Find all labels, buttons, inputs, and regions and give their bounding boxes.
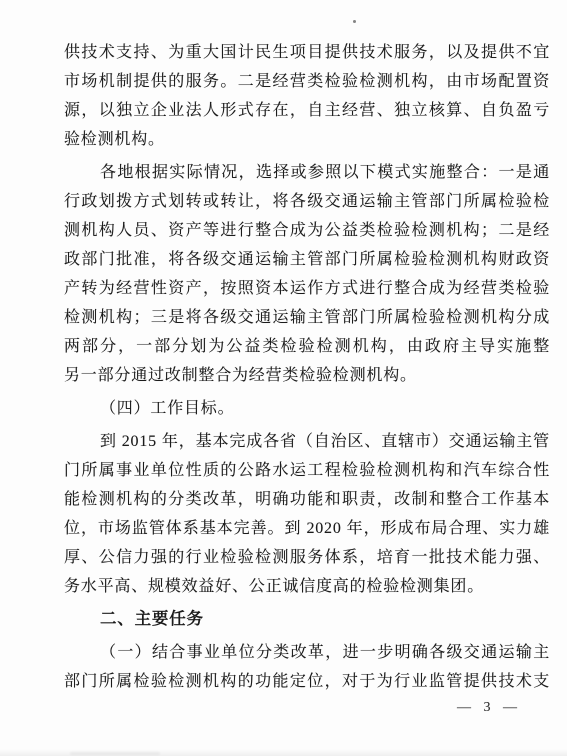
text-line: 市场机制提供的服务。二是经营类检验检测机构，由市场配置资 — [64, 67, 550, 96]
text-line: 产转为经营性资产，按照资本运作方式进行整合成为经营类检验 — [64, 274, 550, 303]
text-line: 行政划拨方式划转或转让，将各级交通运输主管部门所属检验检 — [64, 187, 550, 216]
page-number: — 3 — — [457, 700, 518, 716]
text-line: 政部门批准，将各级交通运输主管部门所属检验检测机构财政资 — [64, 245, 550, 274]
document-body: 供技术支持、为重大国计民生项目提供技术服务，以及提供不宜由市场机制提供的服务。二… — [64, 38, 550, 696]
text-line: 各地根据实际情况，选择或参照以下模式实施整合：一是通过 — [64, 158, 550, 187]
para-task-one: （一）结合事业单位分类改革，进一步明确各级交通运输主管部门所属检验检测机构的功能… — [64, 638, 550, 696]
page-number-label: — 3 — — [457, 700, 518, 715]
text-line: 两部分，一部分划为公益类检验检测机构，由政府主导实施整合， — [64, 332, 550, 361]
text-line: 供技术支持、为重大国计民生项目提供技术服务，以及提供不宜由 — [64, 38, 550, 67]
text-line: 测机构人员、资产等进行整合成为公益类检验检测机构；二是经财 — [64, 216, 550, 245]
text-line: 能检测机构的分类改革，明确功能和职责，改制和整合工作基本到 — [64, 485, 550, 514]
text-line: 门所属事业单位性质的公路水运工程检验检测机构和汽车综合性 — [64, 456, 550, 485]
scan-speck-artifact — [353, 20, 356, 23]
para-integration-modes: 各地根据实际情况，选择或参照以下模式实施整合：一是通过行政划拨方式划转或转让，将… — [64, 158, 550, 390]
text-line: 源，以独立企业法人形式存在，自主经营、独立核算、自负盈亏的检 — [64, 96, 550, 125]
text-line: 厚、公信力强的行业检验检测服务体系，培育一批技术能力强、服 — [64, 543, 550, 572]
text-line: （一）结合事业单位分类改革，进一步明确各级交通运输主管 — [64, 638, 550, 667]
para-subheading-work-goals: （四）工作目标。 — [64, 394, 550, 423]
text-line: （四）工作目标。 — [64, 394, 550, 423]
scanned-document-page: 供技术支持、为重大国计民生项目提供技术服务，以及提供不宜由市场机制提供的服务。二… — [0, 0, 567, 756]
text-line: 部门所属检验检测机构的功能定位，对于为行业监管提供技术支 — [64, 667, 550, 696]
text-line: 到 2015 年，基本完成各省（自治区、直辖市）交通运输主管部 — [64, 427, 550, 456]
text-line: 务水平高、规模效益好、公正诚信度高的检验检测集团。 — [64, 572, 550, 601]
text-line: 验检测机构。 — [64, 125, 550, 154]
text-line: 位，市场监管体系基本完善。到 2020 年，形成布局合理、实力雄 — [64, 514, 550, 543]
text-line: 检测机构；三是将各级交通运输主管部门所属检验检测机构分成 — [64, 303, 550, 332]
text-line: 另一部分通过改制整合为经营类检验检测机构。 — [64, 361, 550, 390]
para-goals-body: 到 2015 年，基本完成各省（自治区、直辖市）交通运输主管部门所属事业单位性质… — [64, 427, 550, 601]
para-heading-main-tasks: 二、主要任务 — [64, 605, 550, 634]
text-line: 二、主要任务 — [64, 605, 550, 634]
para-service-types-continuation: 供技术支持、为重大国计民生项目提供技术服务，以及提供不宜由市场机制提供的服务。二… — [64, 38, 550, 154]
scan-edge-shadow — [0, 749, 567, 756]
